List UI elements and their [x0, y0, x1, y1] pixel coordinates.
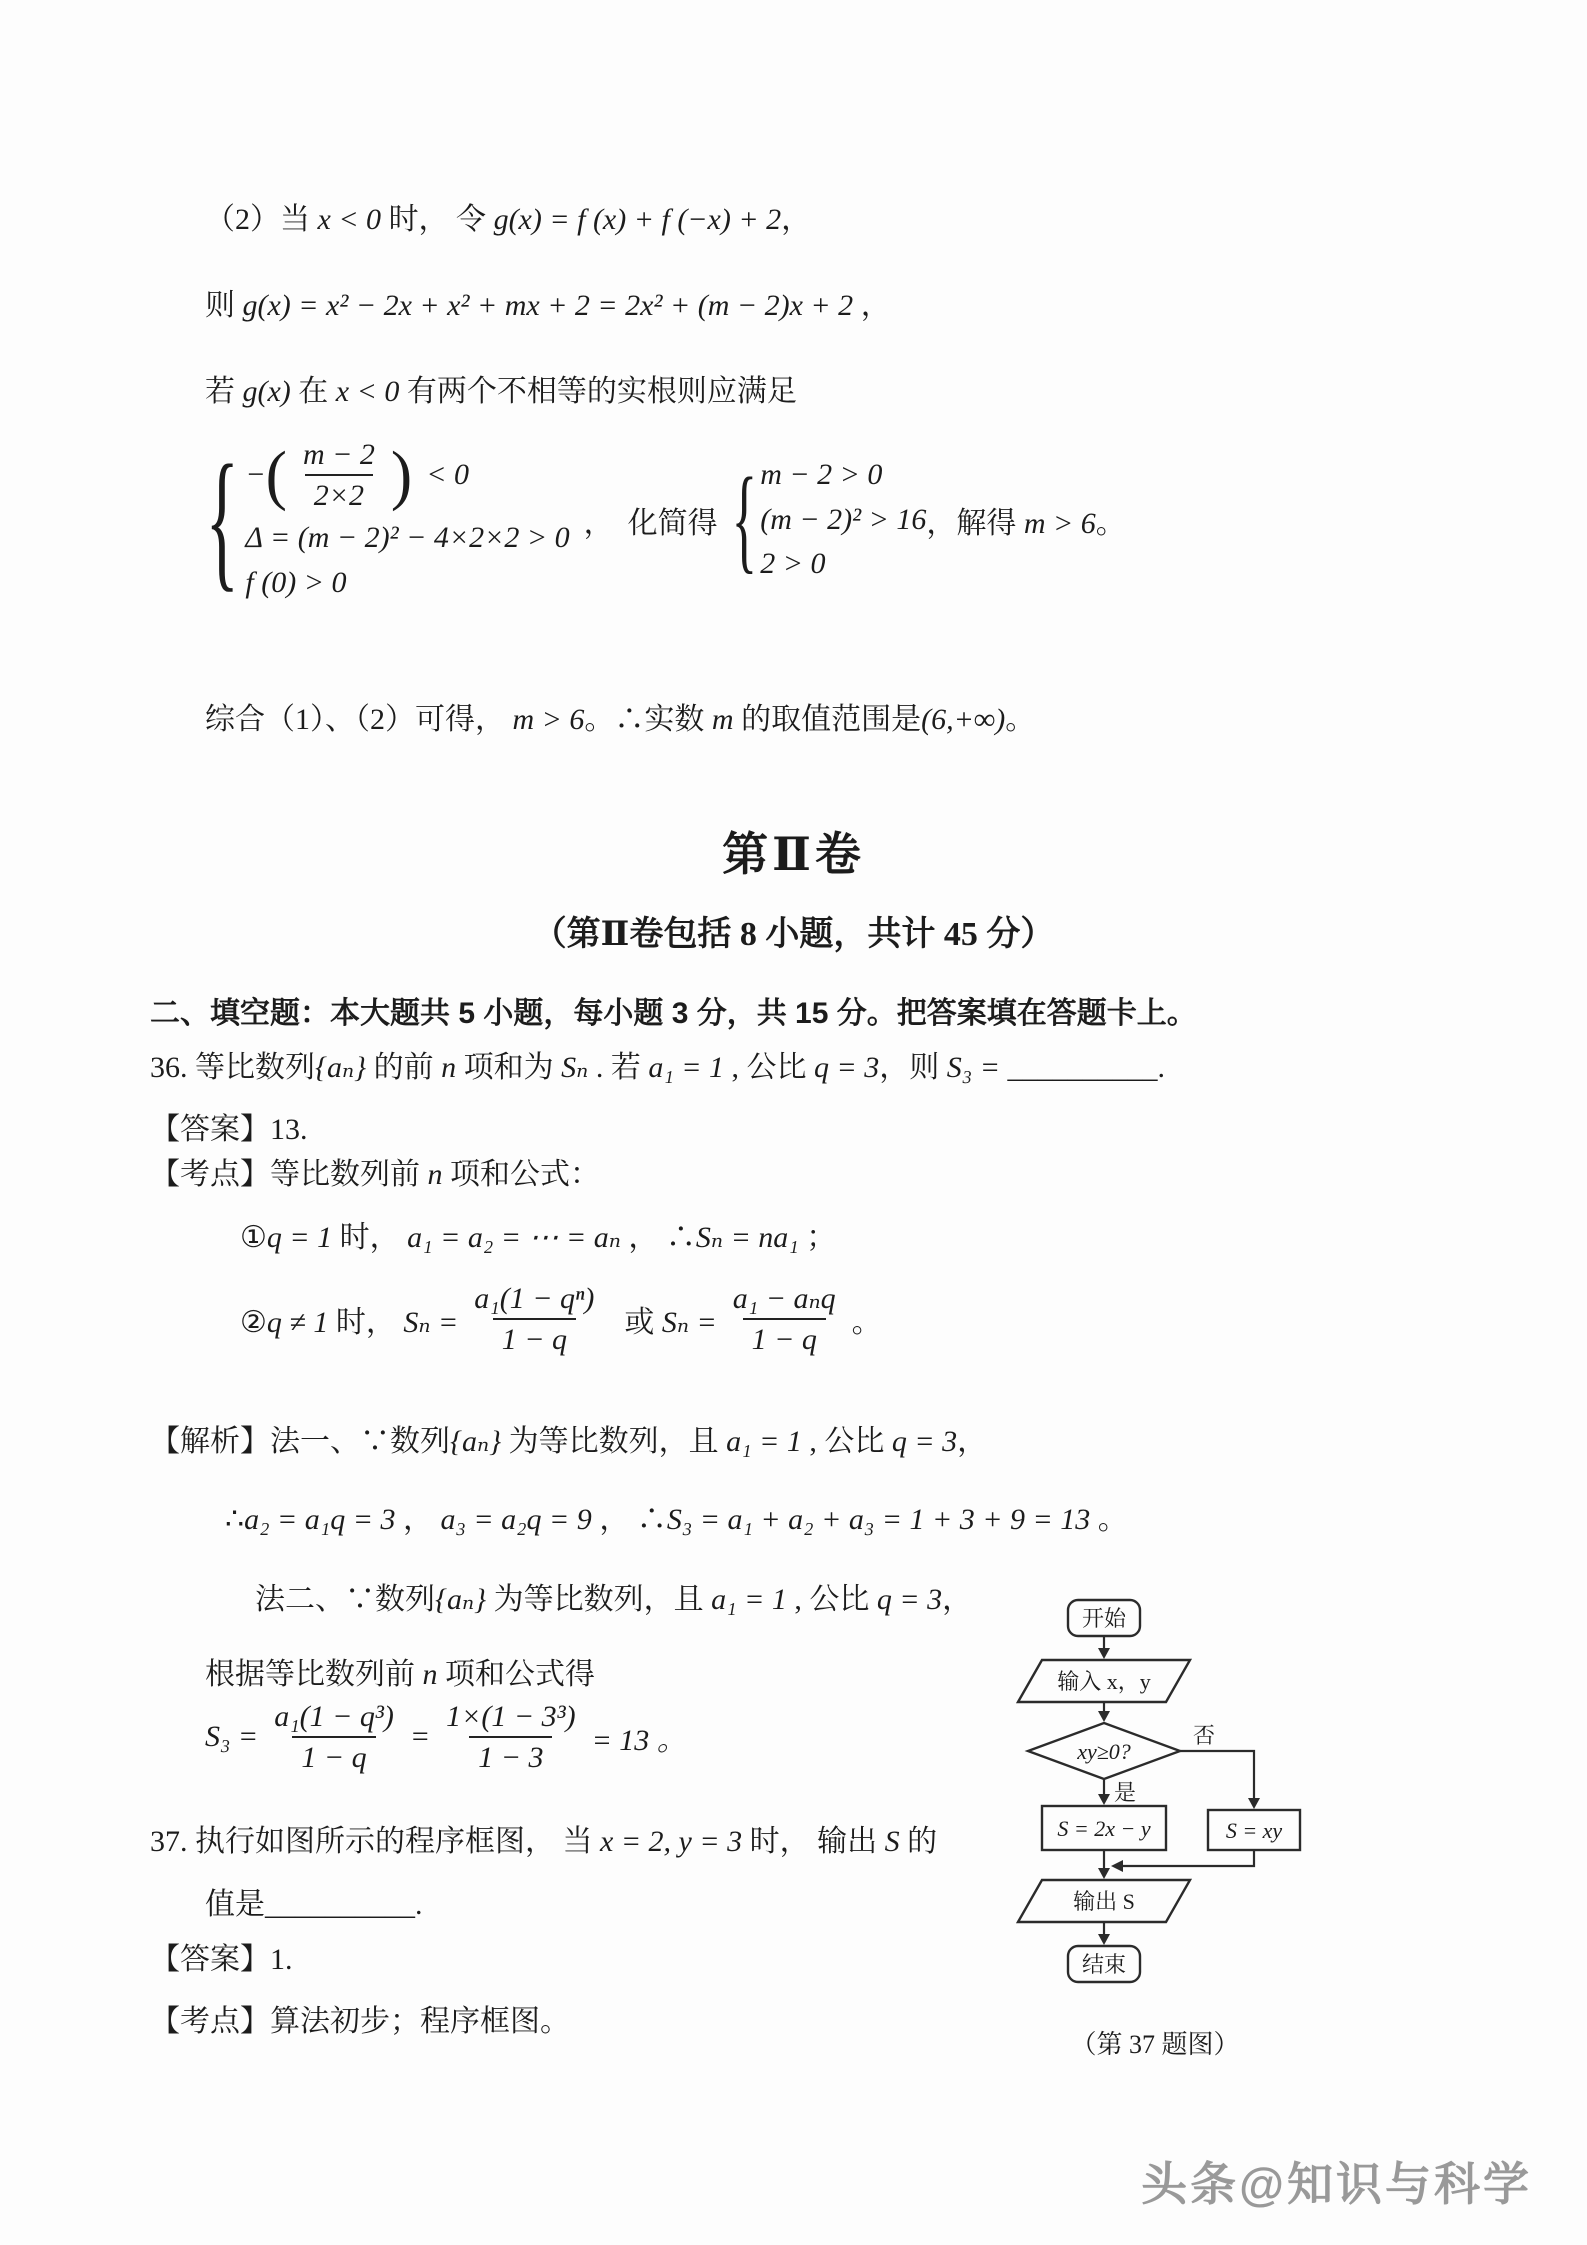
end-label: 结束 [1082, 1952, 1126, 1977]
process-yes-label: S = 2x − y [1057, 1816, 1150, 1841]
q36-analysis-method1: 【解析】法一、∵数列{aₙ} 为等比数列，且 a₁ = 1 , 公比 q = 3… [150, 1422, 987, 1463]
part2-subtitle: （第Ⅱ卷包括 8 小题，共计 45 分） [0, 906, 1587, 955]
process-no-label: S = xy [1226, 1818, 1283, 1843]
q36-formula-case2: ②q ≠ 1 时， Sₙ = a₁(1 − qⁿ)1 − q 或 Sₙ = a₁… [240, 1282, 882, 1356]
yes-label: 是 [1114, 1780, 1136, 1805]
system-left-row-3: f (0) > 0 [245, 564, 346, 602]
q37-concept: 【考点】算法初步；程序框图。 [150, 2002, 570, 2043]
q36-analysis-method2-note: 根据等比数列前 n 项和公式得 [205, 1655, 595, 1696]
output-label: 输出 S [1073, 1889, 1135, 1914]
q36-answer: 【答案】13. [150, 1110, 308, 1151]
system-solve-result: ，解得 m > 6。 [926, 498, 1125, 542]
inequality-system: { −(m − 22×2)< 0 Δ = (m − 2)² − 4×2×2 > … [205, 438, 1126, 601]
arrowhead-left-icon [1111, 1860, 1123, 1872]
arrowhead-down-icon [1248, 1798, 1260, 1809]
fill-in-blank-header: 二、填空题：本大题共 5 小题，每小题 3 分，共 15 分。把答案填在答题卡上… [150, 988, 1197, 1032]
solution-line-3: 若 g(x) 在 x < 0 有两个不相等的实根则应满足 [205, 372, 797, 413]
decision-label: xy≥0? [1076, 1739, 1131, 1764]
system-right-row-3: 2 > 0 [760, 545, 825, 583]
connector-merge [1123, 1850, 1254, 1866]
no-label: 否 [1193, 1723, 1215, 1748]
fraction: a₁ − aₙq1 − q [724, 1282, 845, 1356]
q37-flowchart: 开始 输入 x，y xy≥0? 是 否 S = 2x − y S = xy 输出… [990, 1588, 1320, 1992]
big-left-paren: ( [266, 441, 287, 508]
connector-no-branch [1180, 1751, 1254, 1799]
q37-stem-line2: 值是__________. [205, 1885, 423, 1926]
exam-solution-page: （2）当 x < 0 时， 令 g(x) = f (x) + f (−x) + … [0, 0, 1587, 2245]
system-left-brace: { [205, 450, 238, 590]
q37-stem-line1: 37. 执行如图所示的程序框图， 当 x = 2, y = 3 时， 输出 S … [150, 1822, 937, 1863]
system-left-row-1: −(m − 22×2)< 0 [245, 438, 469, 512]
fraction: a₁(1 − qⁿ)1 − q [465, 1282, 603, 1356]
system-right-brace: { [731, 466, 756, 572]
q36-analysis-method2: 法二、∵数列{aₙ} 为等比数列，且 a₁ = 1 , 公比 q = 3， [255, 1580, 972, 1621]
q36-formula-case1: ①q = 1 时， a₁ = a₂ = ⋯ = aₙ ， ∴Sₙ = na₁ ； [240, 1218, 836, 1259]
q36-s3-formula: S₃ = a₁(1 − q³)1 − q = 1×(1 − 3³)1 − 3 =… [205, 1700, 687, 1774]
arrowhead-down-icon [1098, 1711, 1110, 1722]
q36-concept: 【考点】等比数列前 n 项和公式： [150, 1155, 600, 1196]
arrowhead-down-icon [1098, 1934, 1110, 1945]
start-label: 开始 [1082, 1606, 1127, 1631]
system-comma: ， [584, 498, 614, 542]
arrowhead-down-icon [1098, 1868, 1110, 1879]
minus-sign: − [245, 456, 265, 494]
flowchart-caption: （第 37 题图） [990, 2024, 1320, 2061]
system-left-row-2: Δ = (m − 2)² − 4×2×2 > 0 [245, 519, 569, 557]
q37-answer: 【答案】1. [150, 1940, 293, 1981]
q36-analysis-method1-calc: ∴a₂ = a₁q = 3 ， a₃ = a₂q = 9 ， ∴S₃ = a₁ … [225, 1500, 1128, 1541]
q36-stem: 36. 等比数列{aₙ} 的前 n 项和为 Sₙ . 若 a₁ = 1 , 公比… [150, 1048, 1165, 1089]
system-simplify-label: 化简得 [628, 498, 718, 542]
solution-line-2: 则 g(x) = x² − 2x + x² + mx + 2 = 2x² + (… [205, 286, 891, 327]
fraction: a₁(1 − q³)1 − q [265, 1700, 403, 1774]
system-right-row-1: m − 2 > 0 [760, 456, 882, 494]
system-right-row-2: (m − 2)² > 16 [760, 501, 926, 539]
arrowhead-down-icon [1098, 1648, 1110, 1659]
arrowhead-down-icon [1098, 1794, 1110, 1805]
input-label: 输入 x，y [1057, 1669, 1151, 1695]
watermark: 头条@知识与科学 [1141, 2148, 1532, 2214]
fraction: 1×(1 − 3³)1 − 3 [437, 1700, 584, 1774]
fraction: m − 22×2 [294, 438, 384, 512]
solution-line-1: （2）当 x < 0 时， 令 g(x) = f (x) + f (−x) + … [205, 200, 811, 241]
solution-conclusion: 综合（1）、（2）可得， m > 6。∴实数 m 的取值范围是(6,+∞)。 [205, 700, 1035, 741]
part2-title: 第Ⅱ卷 [0, 818, 1587, 884]
big-right-paren: ) [391, 441, 412, 508]
